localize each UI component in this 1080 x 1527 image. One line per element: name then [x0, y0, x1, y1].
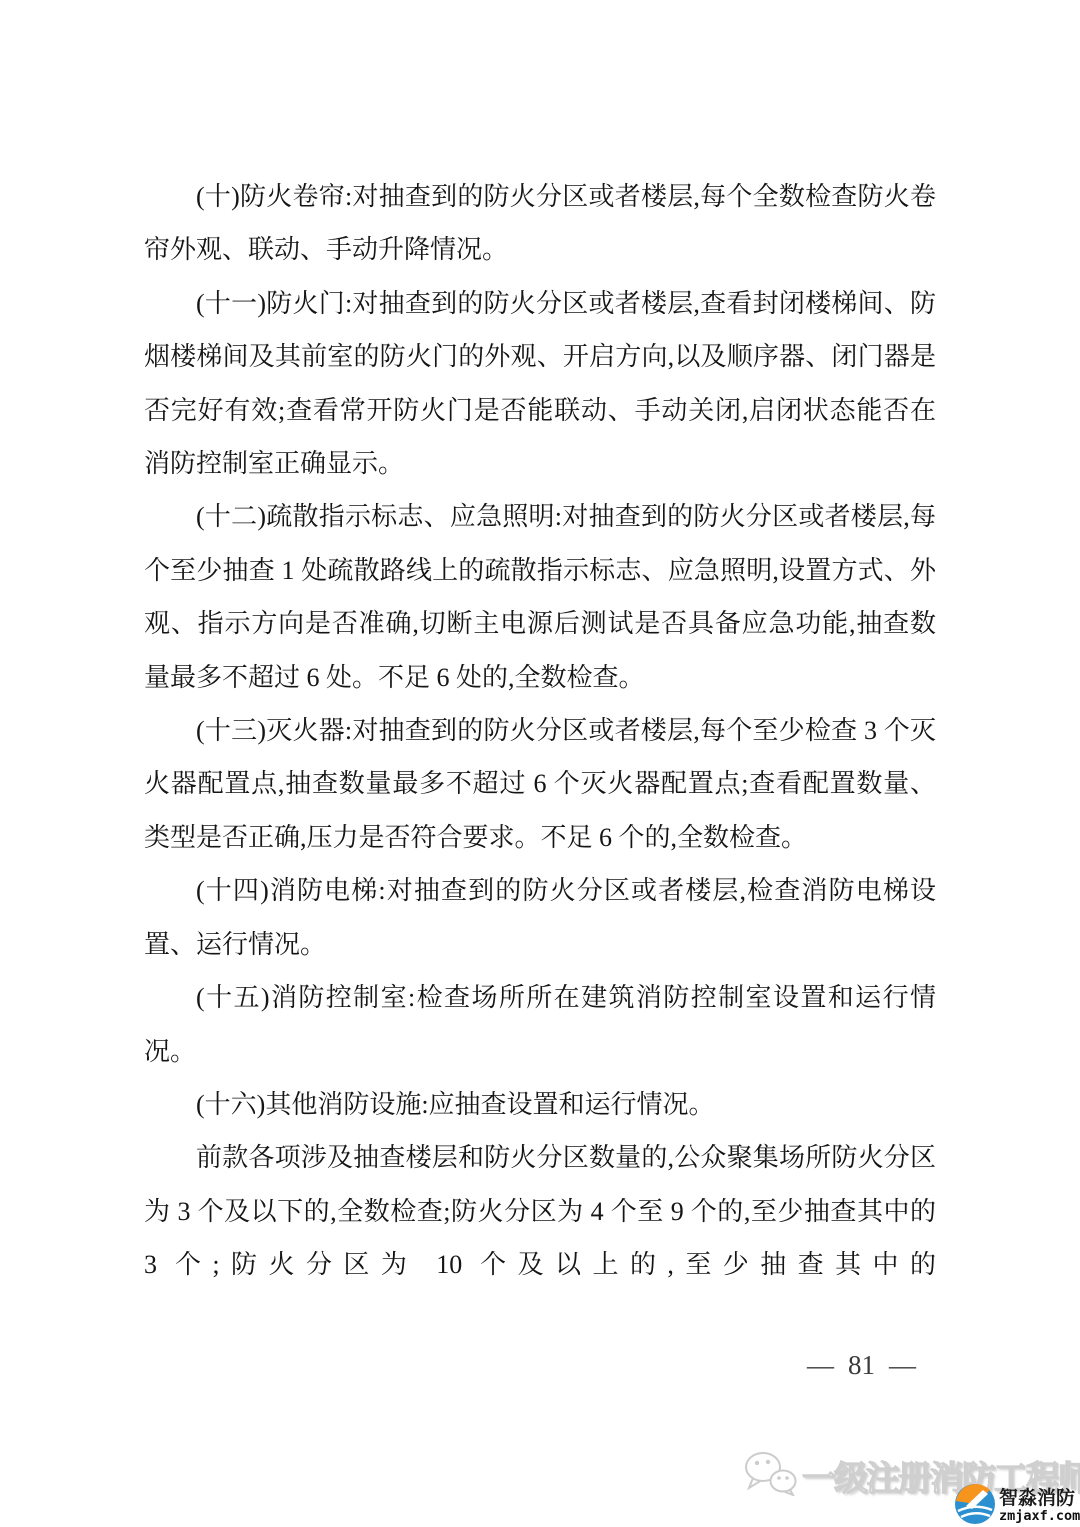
paragraph: (十一)防火门:对抽查到的防火分区或者楼层,查看封闭楼梯间、防烟楼梯间及其前室的…: [144, 277, 936, 491]
paragraph: 前款各项涉及抽查楼层和防火分区数量的,公众聚集场所防火分区为 3 个及以下的,全…: [144, 1131, 936, 1291]
page-number-dash-right: —: [889, 1350, 916, 1380]
brand-badge: 智淼消防 zmjaxf.com: [954, 1483, 1080, 1527]
wechat-icon: [742, 1450, 798, 1501]
paragraph: (十二)疏散指示标志、应急照明:对抽查到的防火分区或者楼层,每个至少抽查 1 处…: [144, 490, 936, 704]
page-number: —81—: [144, 1350, 916, 1381]
brand-domain: zmjaxf.com: [999, 1509, 1080, 1523]
paragraph: (十四)消防电梯:对抽查到的防火分区或者楼层,检查消防电梯设置、运行情况。: [144, 864, 936, 971]
document-page: (十)防火卷帘:对抽查到的防火分区或者楼层,每个全数检查防火卷帘外观、联动、手动…: [0, 0, 1080, 1527]
paragraph: (十三)灭火器:对抽查到的防火分区或者楼层,每个至少检查 3 个灭火器配置点,抽…: [144, 704, 936, 864]
paragraph: (十五)消防控制室:检查场所所在建筑消防控制室设置和运行情况。: [144, 971, 936, 1078]
brand-text: 智淼消防 zmjaxf.com: [999, 1489, 1080, 1523]
page-number-value: 81: [848, 1350, 875, 1381]
document-body: (十)防火卷帘:对抽查到的防火分区或者楼层,每个全数检查防火卷帘外观、联动、手动…: [144, 170, 936, 1292]
paragraph: (十六)其他消防设施:应抽查设置和运行情况。: [144, 1078, 936, 1131]
zhimiao-logo-icon: [954, 1483, 996, 1527]
page-number-dash-left: —: [807, 1350, 834, 1380]
paragraph: (十)防火卷帘:对抽查到的防火分区或者楼层,每个全数检查防火卷帘外观、联动、手动…: [144, 170, 936, 277]
brand-name: 智淼消防: [999, 1489, 1080, 1509]
